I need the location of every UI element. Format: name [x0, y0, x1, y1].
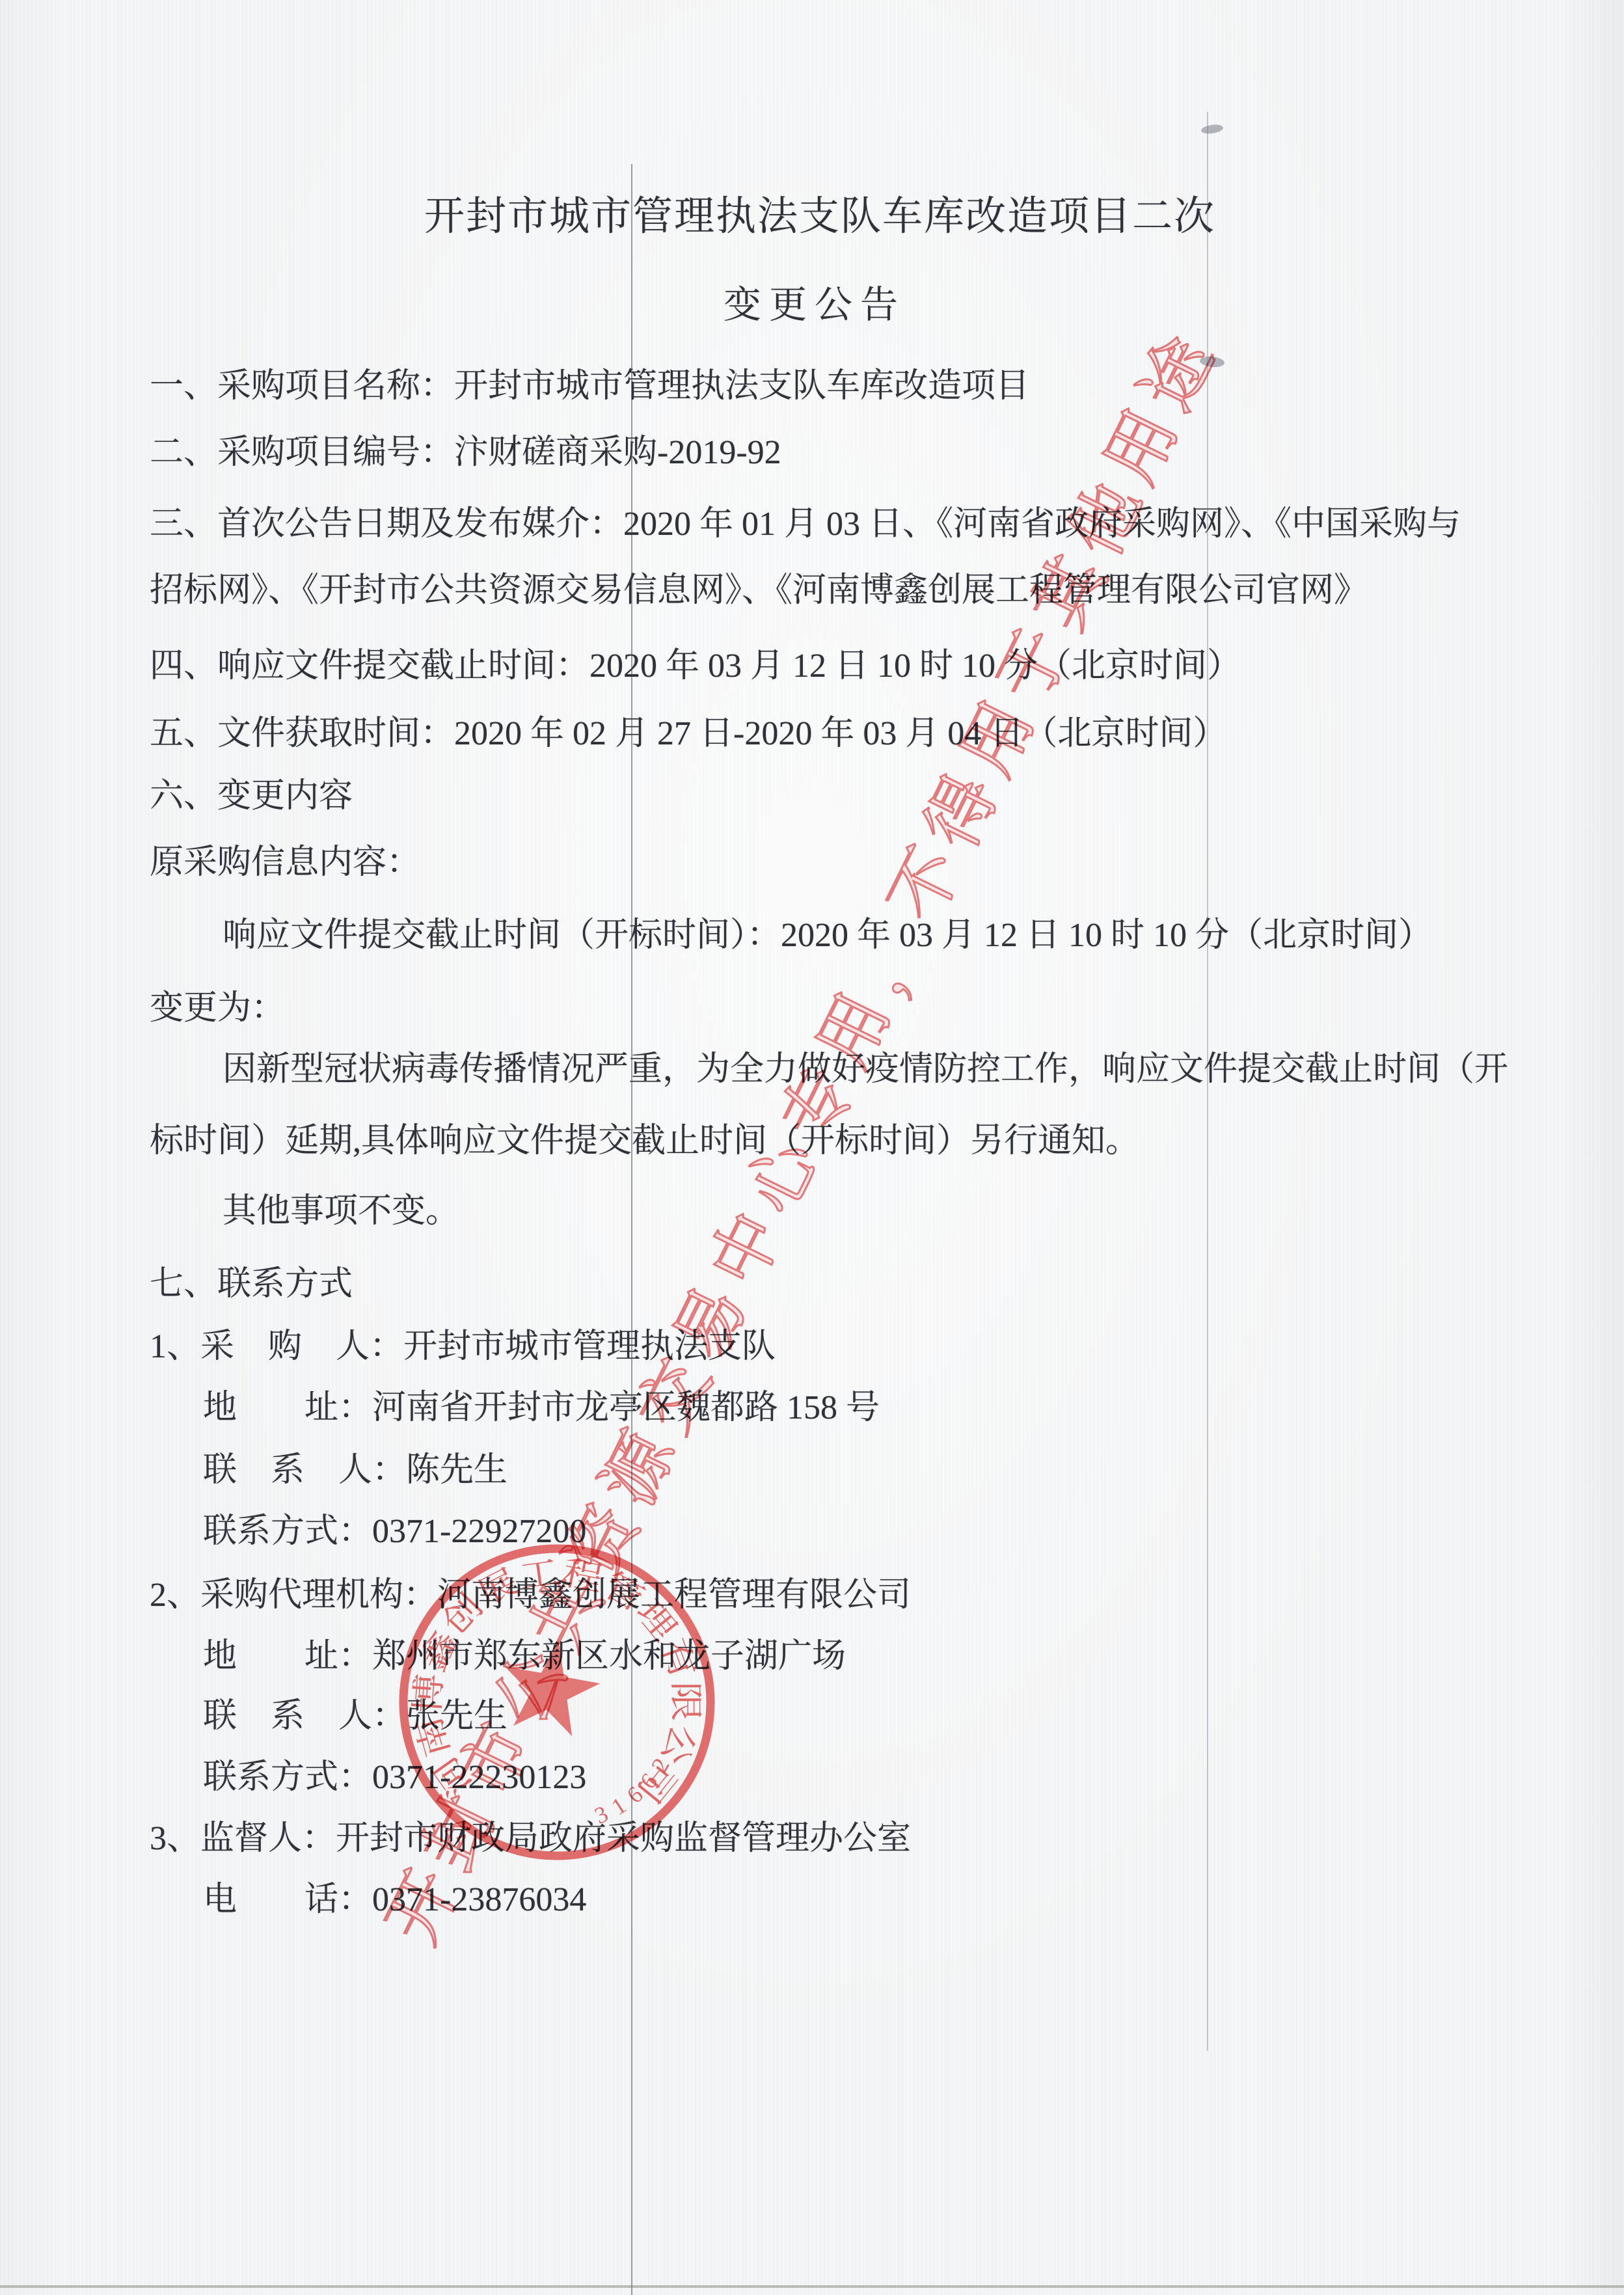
title-line-1: 开封市城市管理执法支队车库改造项目二次 — [424, 195, 1215, 239]
change-reason-line2: 标时间）延期,具体响应文件提交截止时间（开标时间）另行通知。 — [150, 1123, 1139, 1160]
item-document-obtain-time: 五、文件获取时间：2020 年 02 月 27 日-2020 年 03 月 04… — [150, 716, 1226, 752]
purchaser-address: 地 址：河南省开封市龙亭区魏都路 158 号 — [203, 1390, 880, 1426]
changed-to-label: 变更为： — [150, 990, 285, 1027]
scan-smudge — [1200, 124, 1223, 135]
crease-line-left — [631, 164, 632, 2295]
title-line-2: 变更公告 — [724, 285, 906, 326]
other-items-unchanged: 其他事项不变。 — [223, 1193, 459, 1230]
item-project-number: 二、采购项目编号：汴财磋商采购-2019-92 — [150, 435, 781, 471]
document-page: 开封市城市管理执法支队车库改造项目二次变更公告一、采购项目名称：开封市城市管理执… — [0, 0, 1624, 2295]
item-contact: 七、联系方式 — [150, 1266, 353, 1303]
original-deadline: 响应文件提交截止时间（开标时间）：2020 年 03 月 12 日 10 时 1… — [223, 917, 1432, 954]
item-project-name: 一、采购项目名称：开封市城市管理执法支队车库改造项目 — [150, 368, 1029, 405]
item-first-announcement-line2: 招标网》、《开封市公共资源交易信息网》、《河南博鑫创展工程管理有限公司官网》 — [150, 573, 1368, 609]
company-seal: 河南博鑫创展工程管理有限公司 31662 — [384, 1529, 729, 1881]
item-change-content: 六、变更内容 — [150, 778, 353, 815]
seal-star — [495, 1632, 606, 1739]
original-info-label: 原采购信息内容： — [150, 845, 420, 881]
item-first-announcement-line1: 三、首次公告日期及发布媒介：2020 年 01 月 03 日、《河南省政府采购网… — [150, 506, 1461, 543]
purchaser-contact: 联 系 人：陈先生 — [203, 1452, 507, 1489]
scan-bottom-edge — [0, 2285, 1624, 2288]
